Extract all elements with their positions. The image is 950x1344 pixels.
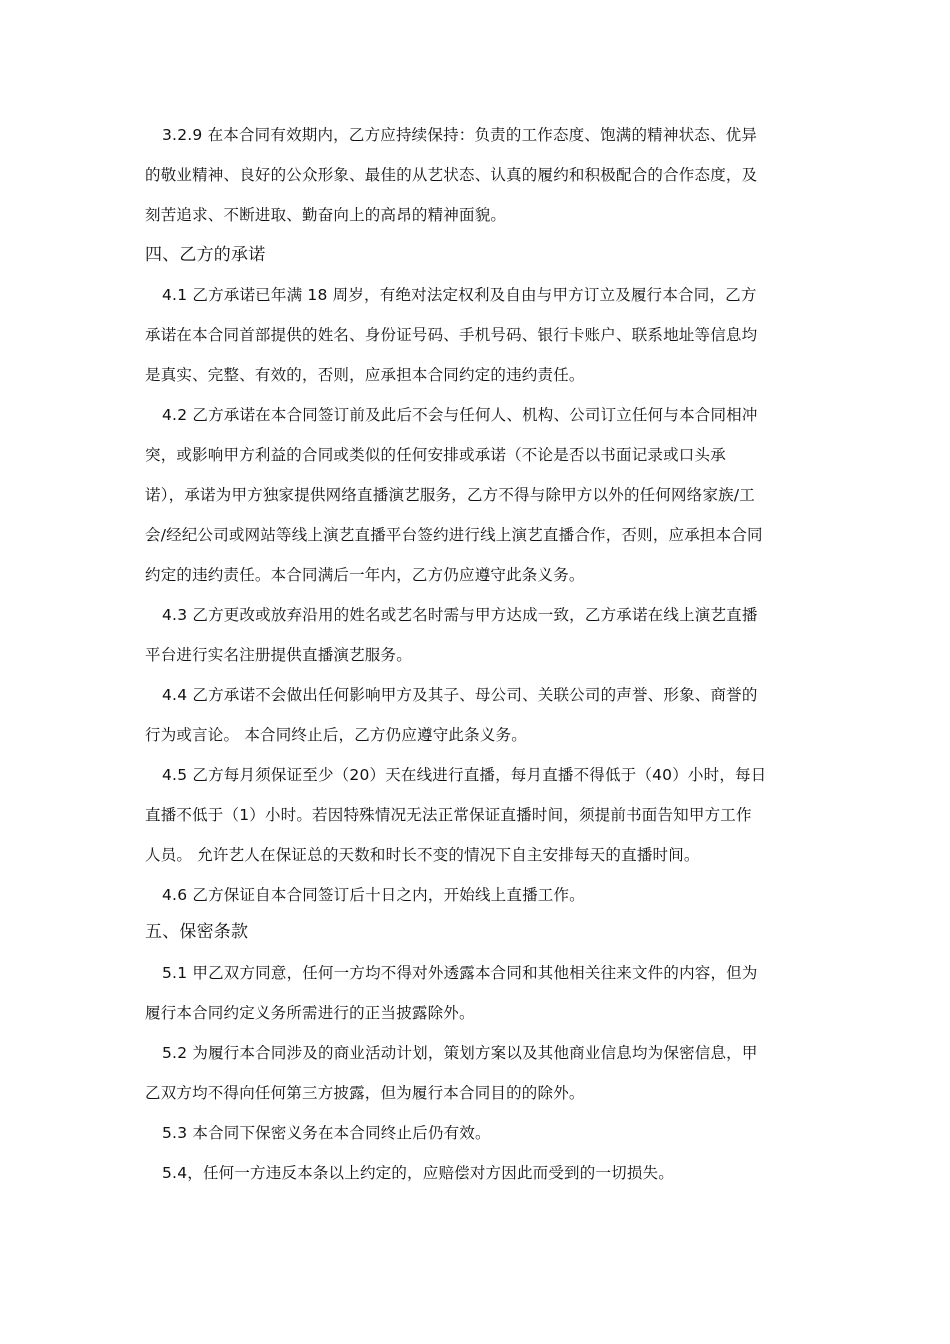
clause-4-4-line-1: 4.4 乙方承诺不会做出任何影响甲方及其子、母公司、关联公司的声誉、形象、商誉的 bbox=[162, 685, 758, 705]
clause-4-3-line-2: 平台进行实名注册提供直播演艺服务。 bbox=[145, 645, 412, 665]
clause-4-5-line-2: 直播不低于（1）小时。若因特殊情况无法正常保证直播时间，须提前书面告知甲方工作 bbox=[145, 805, 752, 825]
clause-4-2-line-3: 诺），承诺为甲方独家提供网络直播演艺服务，乙方不得与除甲方以外的任何网络家族/工 bbox=[145, 485, 755, 505]
clause-3-2-9-line-2: 的敬业精神、良好的公众形象、最佳的从艺状态、认真的履约和积极配合的合作态度，及 bbox=[145, 165, 757, 185]
clause-4-2-line-1: 4.2 乙方承诺在本合同签订前及此后不会与任何人、机构、公司订立任何与本合同相冲 bbox=[162, 405, 758, 425]
clause-5-1-line-1: 5.1 甲乙双方同意，任何一方均不得对外透露本合同和其他相关往来文件的内容，但为 bbox=[162, 963, 758, 983]
clause-5-2-line-2: 乙双方均不得向任何第三方披露，但为履行本合同目的的除外。 bbox=[145, 1083, 585, 1103]
clause-4-3-line-1: 4.3 乙方更改或放弃沿用的姓名或艺名时需与甲方达成一致，乙方承诺在线上演艺直播 bbox=[162, 605, 758, 625]
clause-4-5-line-1: 4.5 乙方每月须保证至少（20）天在线进行直播，每月直播不得低于（40）小时，… bbox=[162, 765, 766, 785]
clause-3-2-9-line-3: 刻苦追求、不断进取、勤奋向上的高昂的精神面貌。 bbox=[145, 205, 506, 225]
clause-4-2-line-5: 约定的违约责任。本合同满后一年内，乙方仍应遵守此条义务。 bbox=[145, 565, 585, 585]
clause-4-4-line-2: 行为或言论。 本合同终止后，乙方仍应遵守此条义务。 bbox=[145, 725, 527, 745]
clause-5-4-line-1: 5.4，任何一方违反本条以上约定的，应赔偿对方因此而受到的一切损失。 bbox=[162, 1163, 674, 1183]
clause-3-2-9-line-1: 3.2.9 在本合同有效期内，乙方应持续保持：负责的工作态度、饱满的精神状态、优… bbox=[162, 125, 757, 145]
clause-4-1-line-2: 承诺在本合同首部提供的姓名、身份证号码、手机号码、银行卡账户、联系地址等信息均 bbox=[145, 325, 757, 345]
clause-5-2-line-1: 5.2 为履行本合同涉及的商业活动计划，策划方案以及其他商业信息均为保密信息，甲 bbox=[162, 1043, 758, 1063]
clause-5-3-line-1: 5.3 本合同下保密义务在本合同终止后仍有效。 bbox=[162, 1123, 491, 1143]
section-heading-5: 五、保密条款 bbox=[145, 922, 248, 942]
clause-4-5-line-3: 人员。 允许艺人在保证总的天数和时长不变的情况下自主安排每天的直播时间。 bbox=[145, 845, 700, 865]
clause-4-1-line-1: 4.1 乙方承诺已年满 18 周岁，有绝对法定权利及自由与甲方订立及履行本合同，… bbox=[162, 285, 757, 305]
clause-4-2-line-2: 突，或影响甲方利益的合同或类似的任何安排或承诺（不论是否以书面记录或口头承 bbox=[145, 445, 726, 465]
clause-4-6-line-1: 4.6 乙方保证自本合同签订后十日之内，开始线上直播工作。 bbox=[162, 885, 585, 905]
clause-4-1-line-3: 是真实、完整、有效的，否则，应承担本合同约定的违约责任。 bbox=[145, 365, 585, 385]
clause-5-1-line-2: 履行本合同约定义务所需进行的正当披露除外。 bbox=[145, 1003, 475, 1023]
section-heading-4: 四、乙方的承诺 bbox=[145, 245, 265, 265]
clause-4-2-line-4: 会/经纪公司或网站等线上演艺直播平台签约进行线上演艺直播合作，否则，应承担本合同 bbox=[145, 525, 763, 545]
